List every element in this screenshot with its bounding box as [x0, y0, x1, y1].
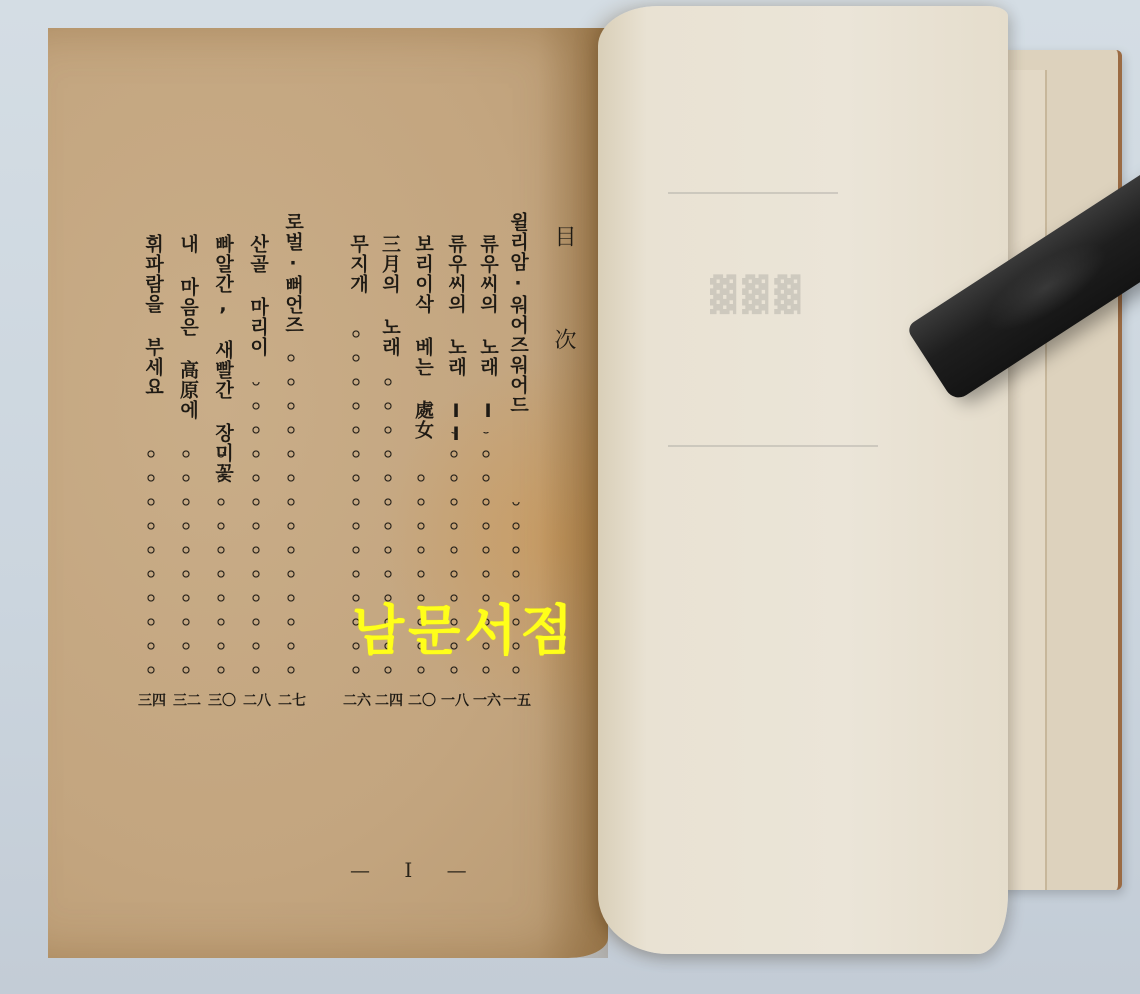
- toc-entry-page: 一八: [441, 694, 469, 708]
- toc-entry-label: 로벌·뻐언즈: [280, 212, 307, 335]
- show-through-text: ▓▓▓: [710, 275, 806, 315]
- watermark: 남문서점: [352, 588, 577, 665]
- toc-entry: 내 마음은 高原에 三二: [175, 212, 199, 682]
- show-through-rule: [668, 445, 878, 447]
- leader-dots: [214, 452, 228, 682]
- toc-entry-label: 류우씨의 노래 I: [475, 234, 502, 423]
- toc-entry-label: 윌리암·워어즈워어드: [505, 212, 532, 415]
- leader-dots: [144, 442, 158, 682]
- leader-dots: [284, 352, 298, 682]
- toc-entry-page: 二四: [375, 694, 403, 708]
- page-folio: — I —: [350, 858, 481, 882]
- toc-entry: 산골 마리이 二八: [245, 212, 269, 682]
- toc-entry-label: 휘파람을 부세요: [140, 234, 167, 397]
- toc-entry-label: 三月의 노래: [377, 234, 404, 357]
- toc-entry-label: 빠알간, 새빨간 장미꽃: [210, 234, 237, 483]
- toc-entry: 빠알간, 새빨간 장미꽃 三〇: [210, 212, 234, 682]
- toc-entry-page: 三〇: [208, 694, 236, 708]
- toc-entry: 로벌·뻐언즈 二七: [280, 212, 304, 682]
- toc-title: 目 次: [548, 225, 579, 378]
- show-through-rule: [668, 192, 838, 194]
- toc-entry-label: 내 마음은 高原에: [175, 234, 202, 420]
- toc-entry-page: 二六: [343, 694, 371, 708]
- toc-entry-page: 二〇: [408, 694, 436, 708]
- toc-entry-page: 二七: [278, 694, 306, 708]
- toc-entry-label: 무지개: [345, 234, 372, 294]
- toc-entry-label: 보리이삭 베는 處女: [410, 234, 437, 440]
- leader-dots: [249, 382, 263, 682]
- book-photo: 目 次 윌리암·워어즈워어드 一五 류우씨의 노래 I 一六 류우씨의 노래 I…: [0, 0, 1140, 994]
- toc-entry-label: 산골 마리이: [245, 234, 272, 357]
- leader-dots: [179, 447, 193, 682]
- curled-blank-page: [598, 6, 1008, 954]
- toc-entry-page: 一五: [503, 694, 531, 708]
- toc-entry: 휘파람을 부세요 三四: [140, 212, 164, 682]
- toc-entry-page: 三四: [138, 694, 166, 708]
- toc-entry-page: 一六: [473, 694, 501, 708]
- toc-entry-page: 二八: [243, 694, 271, 708]
- toc-entry-page: 三二: [173, 694, 201, 708]
- toc-entry-label: 류우씨의 노래 II: [443, 234, 470, 446]
